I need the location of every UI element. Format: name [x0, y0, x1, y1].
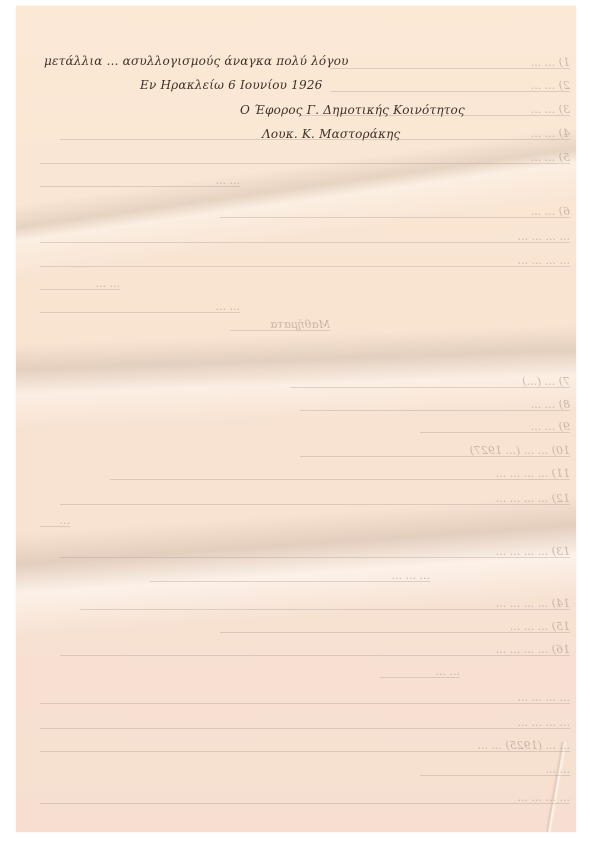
faint-rule: [110, 479, 570, 480]
faint-rule: [40, 242, 570, 243]
faint-rule: [330, 91, 570, 92]
faint-rule: [300, 410, 570, 411]
faint-rule: [230, 330, 330, 331]
faint-rule: [330, 68, 570, 69]
faint-rule: [380, 677, 460, 678]
faint-rule: [40, 289, 120, 290]
faint-rule: [220, 217, 570, 218]
faint-rule: [80, 609, 570, 610]
faint-rule: [60, 139, 570, 140]
faint-rule: [290, 387, 570, 388]
faint-rule: [40, 803, 570, 804]
faint-rule: [40, 526, 70, 527]
faint-rule: [40, 266, 570, 267]
faint-rule: [220, 632, 570, 633]
faint-rule: [60, 557, 570, 558]
faint-rule: [300, 115, 570, 116]
faint-rule: [40, 312, 240, 313]
faint-rule: [420, 775, 570, 776]
place-date-line: Εν Ηρακλείω 6 Ιουνίου 1926: [140, 78, 323, 92]
paper-tear: [546, 742, 566, 832]
faint-rule: [40, 703, 570, 704]
faint-rule: [40, 163, 570, 164]
faint-rule: [420, 432, 570, 433]
faint-rule: [60, 655, 570, 656]
faint-rule: [40, 728, 570, 729]
handwritten-line-1: μετάλλια ... ασυλλογισμούς άναγκα πολύ λ…: [44, 54, 349, 68]
faint-rule: [40, 751, 570, 752]
faint-rule: [60, 504, 570, 505]
faint-rule: [150, 581, 430, 582]
faint-rule: [40, 186, 240, 187]
faint-rule: [300, 456, 570, 457]
